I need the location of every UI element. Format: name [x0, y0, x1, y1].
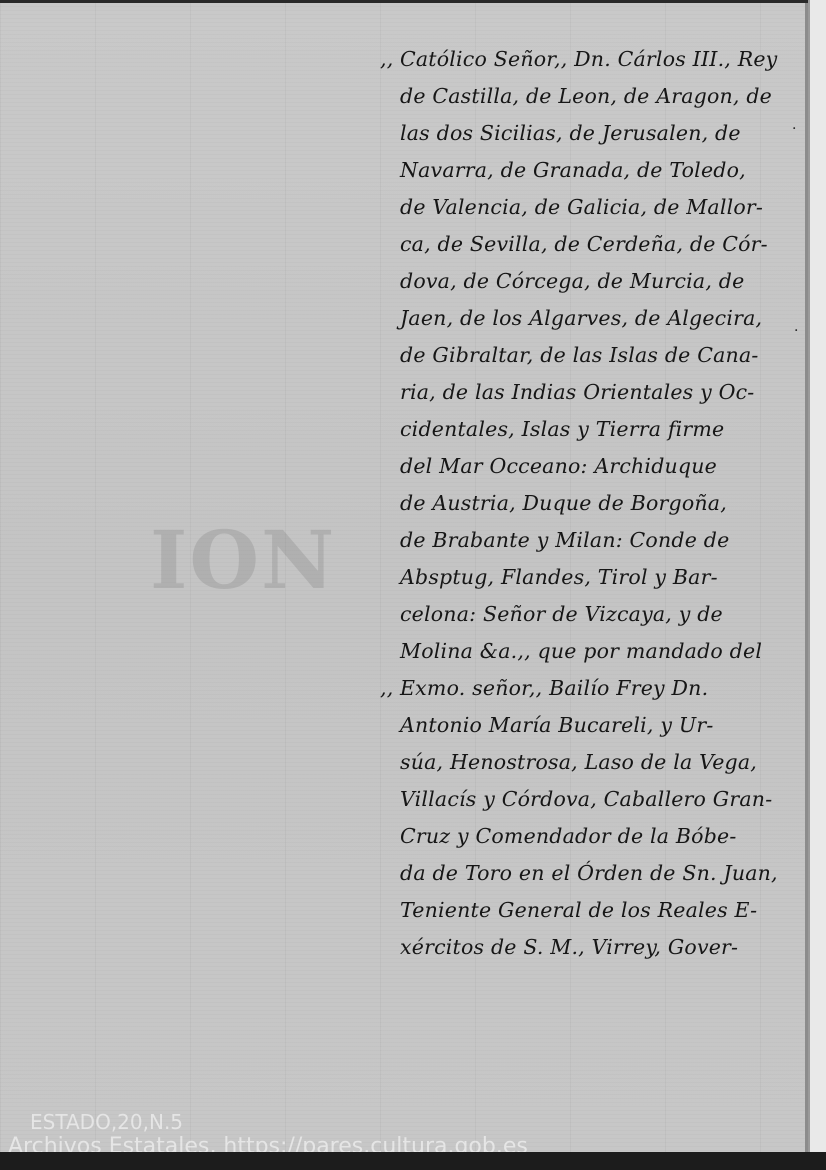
scan-bottom-border — [0, 1152, 826, 1170]
manuscript-line: Navarra, de Granada, de Toledo, — [376, 152, 806, 189]
manuscript-line: celona: Señor de Vizcaya, y de — [376, 596, 806, 633]
manuscript-line: del Mar Occeano: Archiduque — [376, 448, 806, 485]
manuscript-line: súa, Henostrosa, Laso de la Vega, — [376, 744, 806, 781]
line-text: súa, Henostrosa, Laso de la Vega, — [400, 750, 757, 774]
line-text: de Austria, Duque de Borgoña, — [400, 491, 727, 515]
manuscript-line: Absptug, Flandes, Tirol y Bar- — [376, 559, 806, 596]
manuscript-line: de Brabante y Milan: Conde de — [376, 522, 806, 559]
quote-mark: ,, — [380, 670, 393, 707]
manuscript-line: ria, de las Indias Orientales y Oc- — [376, 374, 806, 411]
archive-signature-watermark: ESTADO,20,N.5 — [30, 1110, 183, 1134]
quote-mark: ,, — [380, 41, 393, 78]
line-text: Jaen, de los Algarves, de Algecira, — [400, 306, 762, 330]
adjacent-page-edge — [810, 0, 826, 1152]
line-text: de Castilla, de Leon, de Aragon, de — [400, 84, 772, 108]
margin-ink-mark: · — [792, 121, 796, 137]
manuscript-line: las dos Sicilias, de Jerusalen, de — [376, 115, 806, 152]
manuscript-text-column: ,,Católico Señor,, Dn. Cárlos III., Rey … — [376, 41, 806, 966]
manuscript-line: Teniente General de los Reales E- — [376, 892, 806, 929]
line-text: dova, de Córcega, de Murcia, de — [400, 269, 744, 293]
manuscript-line: de Gibraltar, de las Islas de Cana- — [376, 337, 806, 374]
line-text: de Valencia, de Galicia, de Mallor- — [400, 195, 763, 219]
manuscript-page: ION ,,Católico Señor,, Dn. Cárlos III., … — [0, 0, 808, 1155]
manuscript-line: xércitos de S. M., Virrey, Gover- — [376, 929, 806, 966]
manuscript-line: ca, de Sevilla, de Cerdeña, de Cór- — [376, 226, 806, 263]
manuscript-line: Antonio María Bucareli, y Ur- — [376, 707, 806, 744]
line-text: Antonio María Bucareli, y Ur- — [400, 713, 713, 737]
line-text: Cruz y Comendador de la Bóbe- — [400, 824, 736, 848]
manuscript-line: ,,Católico Señor,, Dn. Cárlos III., Rey — [376, 41, 806, 78]
line-text: ca, de Sevilla, de Cerdeña, de Cór- — [400, 232, 768, 256]
line-text: Exmo. señor,, Bailío Frey Dn. — [400, 676, 708, 700]
line-text: da de Toro en el Órden de Sn. Juan, — [400, 861, 778, 885]
line-text: de Brabante y Milan: Conde de — [400, 528, 729, 552]
line-text: Villacís y Córdova, Caballero Gran- — [400, 787, 772, 811]
manuscript-line: Villacís y Córdova, Caballero Gran- — [376, 781, 806, 818]
manuscript-line: Molina &a.,, que por mandado del — [376, 633, 806, 670]
manuscript-line: Jaen, de los Algarves, de Algecira, — [376, 300, 806, 337]
line-text: las dos Sicilias, de Jerusalen, de — [400, 121, 741, 145]
manuscript-line: de Valencia, de Galicia, de Mallor- — [376, 189, 806, 226]
bleed-through-text: ION — [150, 513, 400, 603]
line-text: ria, de las Indias Orientales y Oc- — [400, 380, 754, 404]
manuscript-line: de Castilla, de Leon, de Aragon, de — [376, 78, 806, 115]
line-text: cidentales, Islas y Tierra firme — [400, 417, 724, 441]
manuscript-line: cidentales, Islas y Tierra firme — [376, 411, 806, 448]
manuscript-line: ,,Exmo. señor,, Bailío Frey Dn. — [376, 670, 806, 707]
line-text: Teniente General de los Reales E- — [400, 898, 757, 922]
manuscript-line: dova, de Córcega, de Murcia, de — [376, 263, 806, 300]
manuscript-line: da de Toro en el Órden de Sn. Juan, — [376, 855, 806, 892]
line-text: xércitos de S. M., Virrey, Gover- — [400, 935, 738, 959]
line-text: de Gibraltar, de las Islas de Cana- — [400, 343, 759, 367]
line-text: Católico Señor,, Dn. Cárlos III., Rey — [400, 47, 777, 71]
margin-ink-mark: · — [794, 323, 798, 339]
line-text: Navarra, de Granada, de Toledo, — [400, 158, 746, 182]
manuscript-line: Cruz y Comendador de la Bóbe- — [376, 818, 806, 855]
line-text: celona: Señor de Vizcaya, y de — [400, 602, 723, 626]
line-text: Absptug, Flandes, Tirol y Bar- — [400, 565, 718, 589]
line-text: Molina &a.,, que por mandado del — [400, 639, 762, 663]
line-text: del Mar Occeano: Archiduque — [400, 454, 717, 478]
manuscript-line: de Austria, Duque de Borgoña, — [376, 485, 806, 522]
